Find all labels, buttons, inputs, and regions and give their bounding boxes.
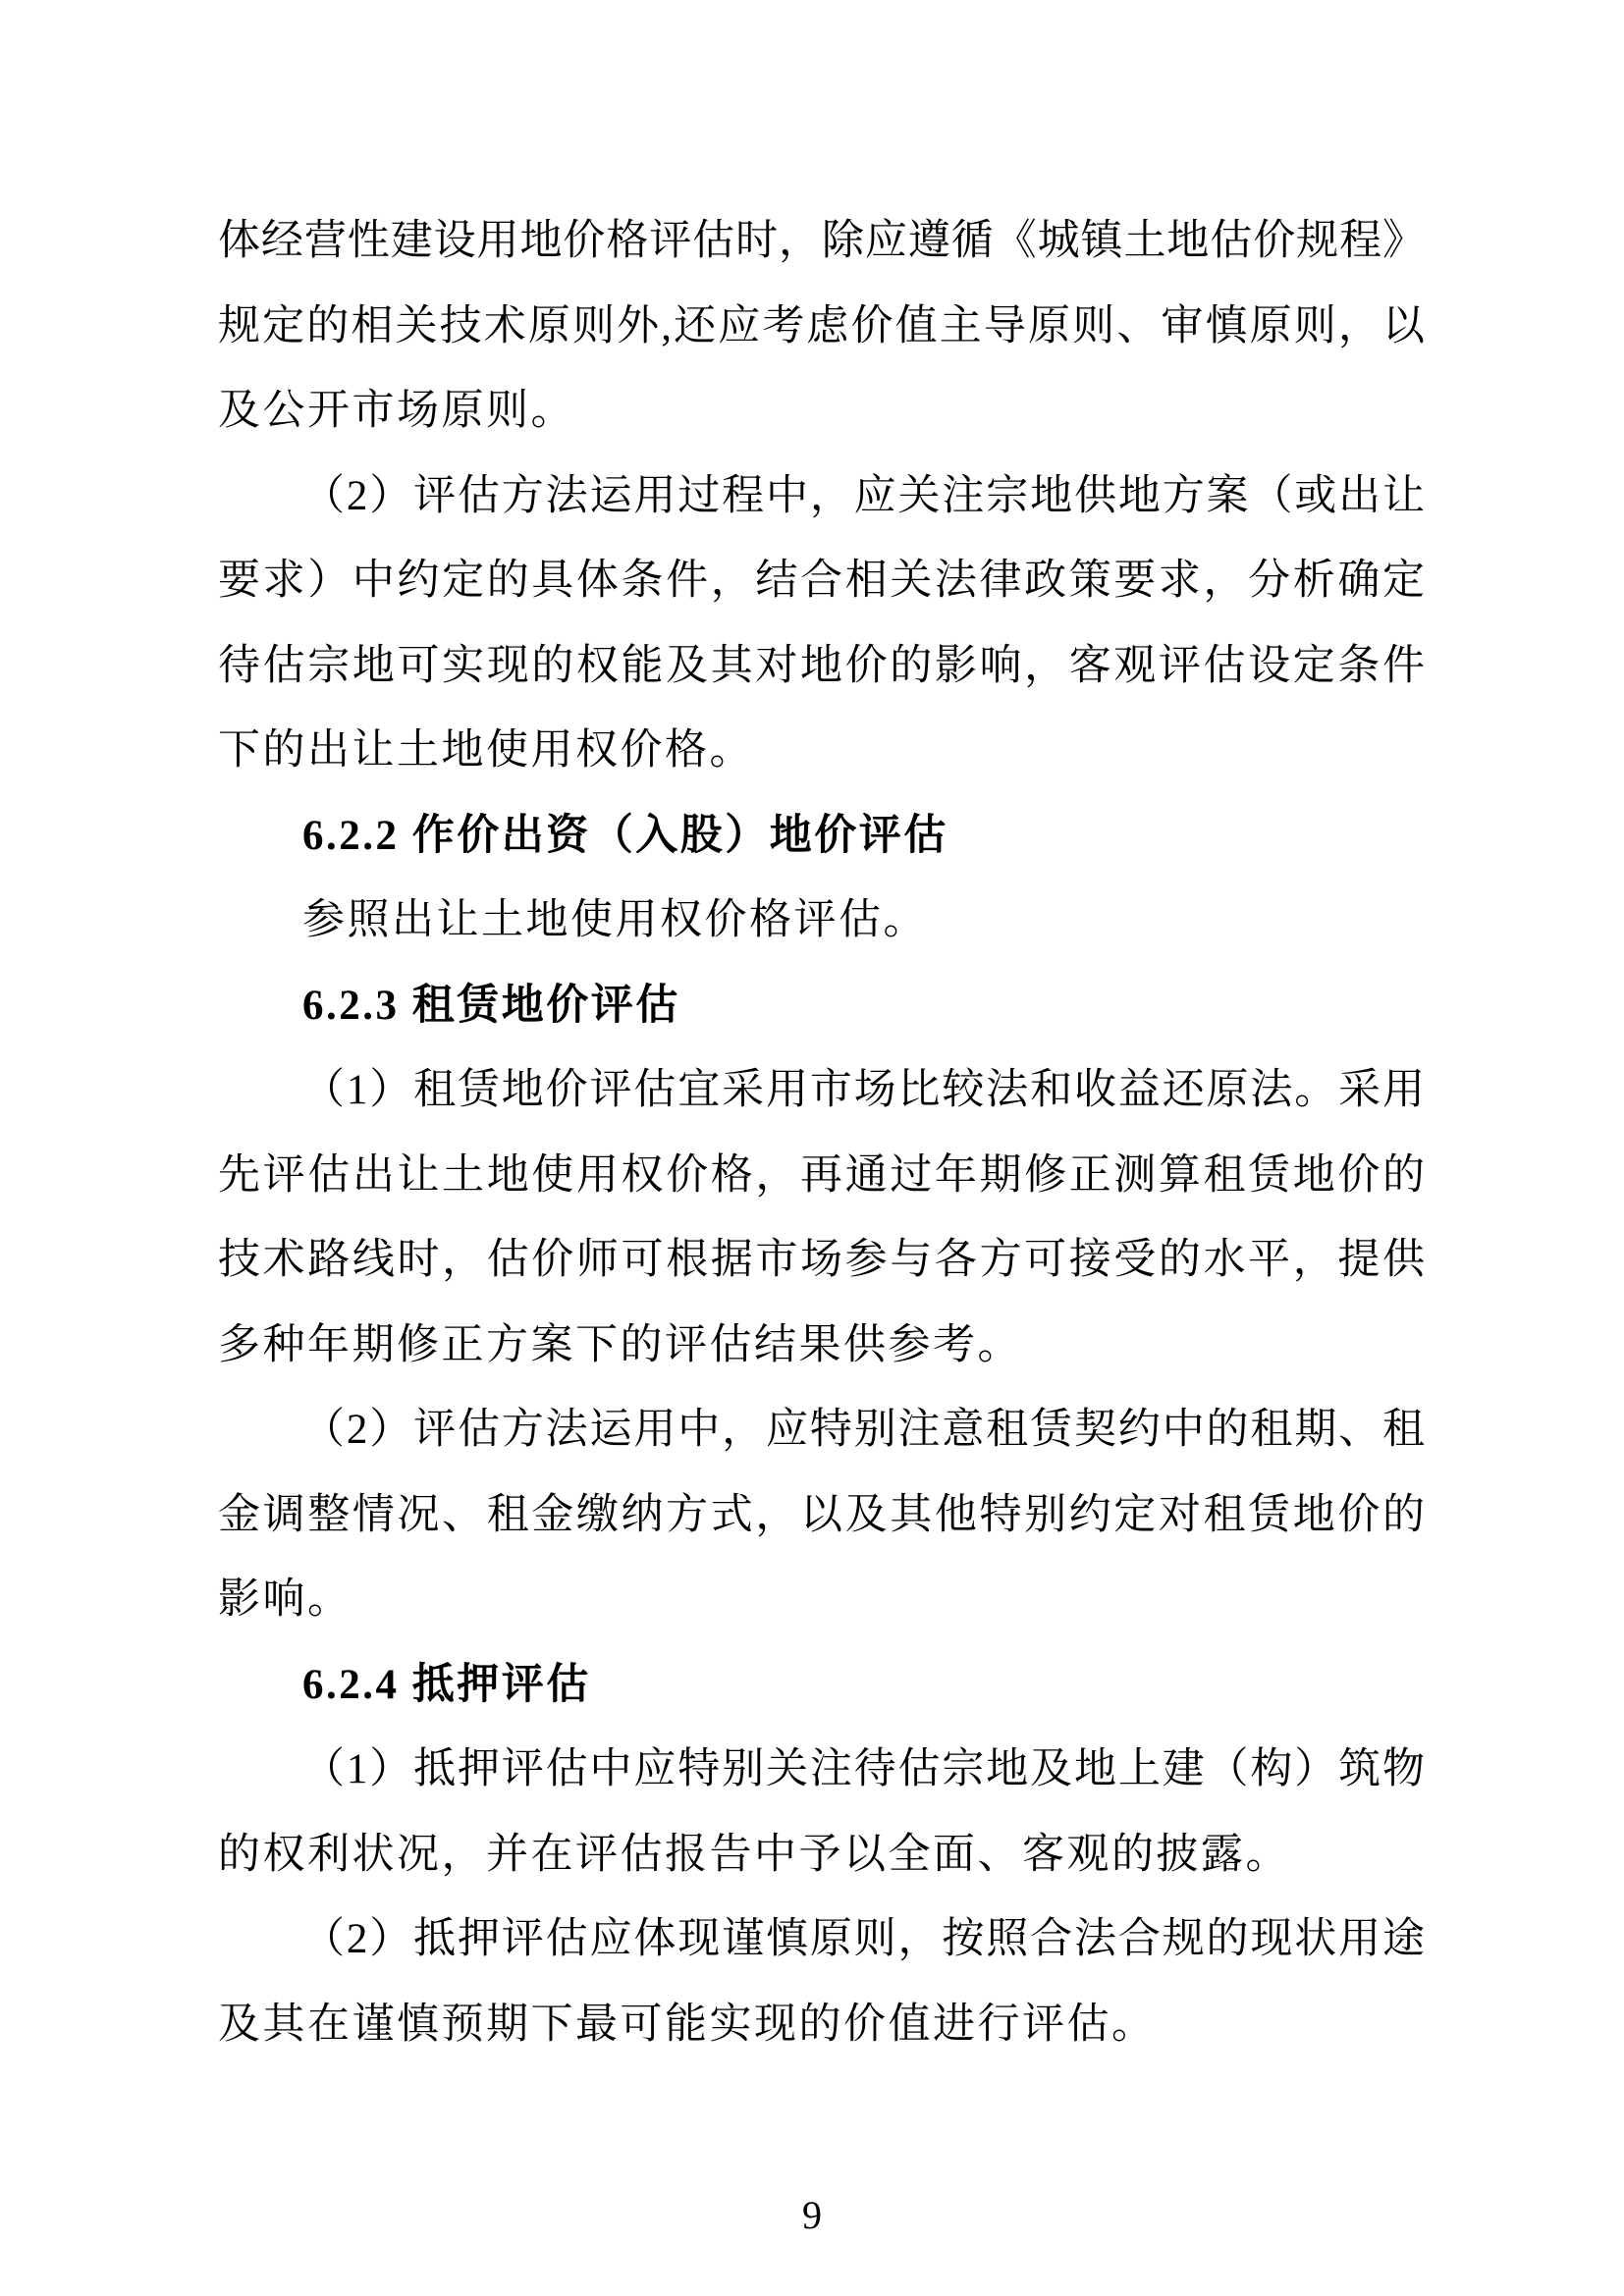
text-line: （2）评估方法运用过程中，应关注宗地供地方案（或出让 [218,454,1425,540]
text-line: 及公开市场原则。 [218,369,1425,454]
page-number: 9 [0,2194,1624,2237]
text-line: 参照出让土地使用权价格评估。 [218,879,1425,964]
text-line: 及其在谨慎预期下最可能实现的价值进行评估。 [218,1983,1425,2068]
section-heading: 6.2.4 抵押评估 [218,1643,1425,1729]
text-line: 影响。 [218,1558,1425,1643]
text-line: （2）抵押评估应体现谨慎原则，按照合法合规的现状用途 [218,1897,1425,1983]
text-line: 技术路线时，估价师可根据市场参与各方可接受的水平，提供 [218,1218,1425,1304]
text-line: 多种年期修正方案下的评估结果供参考。 [218,1304,1425,1389]
text-line: 体经营性建设用地价格评估时，除应遵循《城镇土地估价规程》 [218,199,1425,285]
text-line: 规定的相关技术原则外,还应考虑价值主导原则、审慎原则，以 [218,285,1425,370]
section-heading: 6.2.3 租赁地价评估 [218,964,1425,1049]
text-line: 的权利状况，并在评估报告中予以全面、客观的披露。 [218,1813,1425,1898]
text-line: （1）租赁地价评估宜采用市场比较法和收益还原法。采用 [218,1048,1425,1134]
document-body: 体经营性建设用地价格评估时，除应遵循《城镇土地估价规程》规定的相关技术原则外,还… [218,199,1425,2067]
text-line: （2）评估方法运用中，应特别注意租赁契约中的租期、租 [218,1388,1425,1473]
text-line: 要求）中约定的具体条件，结合相关法律政策要求，分析确定 [218,539,1425,624]
text-line: 待估宗地可实现的权能及其对地价的影响，客观评估设定条件 [218,624,1425,710]
section-heading: 6.2.2 作价出资（入股）地价评估 [218,794,1425,880]
text-line: 先评估出让土地使用权价格，再通过年期修正测算租赁地价的 [218,1134,1425,1219]
text-line: 下的出让土地使用权价格。 [218,709,1425,794]
text-line: （1）抵押评估中应特别关注待估宗地及地上建（构）筑物 [218,1728,1425,1813]
text-line: 金调整情况、租金缴纳方式，以及其他特别约定对租赁地价的 [218,1473,1425,1559]
document-page: 体经营性建设用地价格评估时，除应遵循《城镇土地估价规程》规定的相关技术原则外,还… [0,0,1624,2296]
